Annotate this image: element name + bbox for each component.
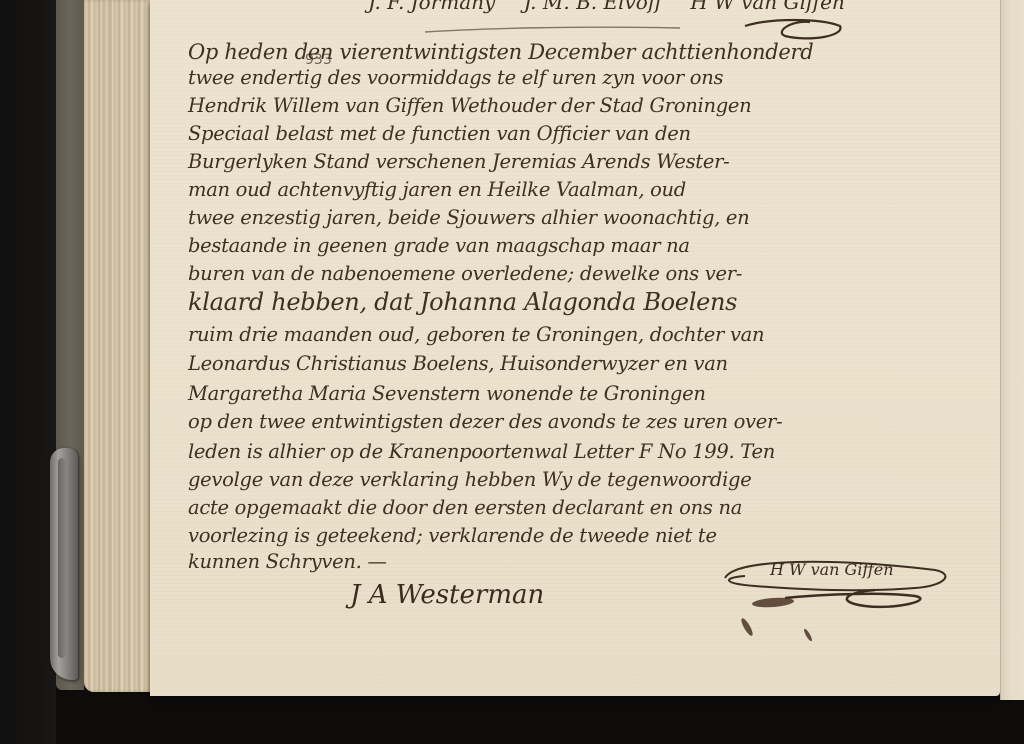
record-line: Burgerlyken Stand verschenen Jeremias Ar… [188, 150, 729, 174]
declarant-signature: J A Westerman [350, 580, 544, 610]
record-line: Hendrik Willem van Giffen Wethouder der … [188, 94, 751, 118]
record-line: bestaande in geenen grade van maagschap … [188, 234, 690, 258]
ink-blot [752, 597, 795, 609]
signature-flourish-icon [715, 548, 965, 618]
record-line: Op heden den vierentwintigsten December … [188, 40, 813, 64]
record-line: acte opgemaakt die door den eersten decl… [188, 496, 742, 520]
record-line: man oud achtenvyftig jaren en Heilke Vaa… [188, 178, 686, 202]
top-signatures: J. F. Jormany J. M. B. Elvoff H W van Gi… [368, 0, 867, 14]
record-line: klaard hebben, dat Johanna Alagonda Boel… [188, 290, 737, 314]
record-line: ruim drie maanden oud, geboren te Gronin… [188, 323, 764, 347]
record-line: twee enzestig jaren, beide Sjouwers alhi… [188, 206, 749, 230]
record-line: Speciaal belast met de functien van Offi… [188, 122, 691, 146]
handwritten-record: J. F. Jormany J. M. B. Elvoff H W van Gi… [0, 0, 1024, 744]
top-signature-3: H W van Giffen [690, 0, 844, 14]
ink-blot [739, 617, 754, 637]
record-line: kunnen Schryven. — [188, 550, 387, 574]
top-signature-2: J. M. B. Elvoff [524, 0, 662, 14]
officer-signature: H W van Giffen [770, 560, 894, 579]
record-line: Leonardus Christianus Boelens, Huisonder… [188, 352, 728, 376]
record-line: Margaretha Maria Sevenstern wonende te G… [188, 382, 706, 406]
record-line: gevolge van deze verklaring hebben Wy de… [188, 468, 751, 492]
top-signature-1: J. F. Jormany [368, 0, 495, 14]
record-line: buren van de nabenoemene overledene; dew… [188, 262, 742, 286]
scanned-book-spread: J. F. Jormany J. M. B. Elvoff H W van Gi… [0, 0, 1024, 744]
underline-flourish-icon [425, 22, 685, 42]
record-line: leden is alhier op de Kranenpoortenwal L… [188, 440, 775, 464]
record-line: op den twee entwintigsten dezer des avon… [188, 410, 782, 434]
record-line: voorlezing is geteekend; verklarende de … [188, 524, 717, 548]
ink-blot [803, 628, 813, 642]
record-line: twee endertig des voormiddags te elf ure… [188, 66, 723, 90]
